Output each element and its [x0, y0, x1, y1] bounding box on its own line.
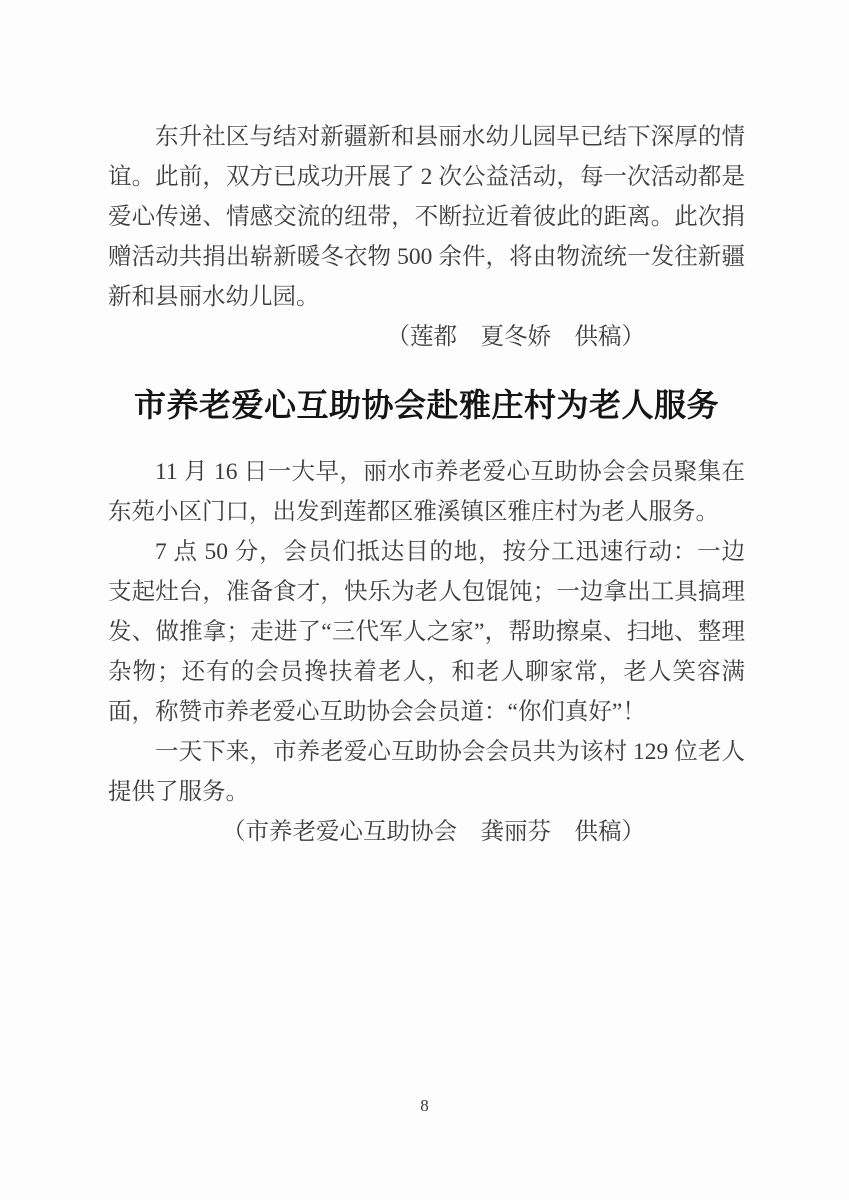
page-content: 东升社区与结对新疆新和县丽水幼儿园早已结下深厚的情谊。此前，双方已成功开展了 2…	[108, 117, 745, 852]
article-paragraph-2: 7 点 50 分，会员们抵达目的地，按分工迅速行动：一边支起灶台，准备食才，快乐…	[108, 532, 745, 732]
previous-article-byline: （莲都 夏冬娇 供稿）	[108, 317, 745, 357]
previous-article-paragraph: 东升社区与结对新疆新和县丽水幼儿园早已结下深厚的情谊。此前，双方已成功开展了 2…	[108, 117, 745, 317]
page-number: 8	[0, 1096, 849, 1116]
article-byline: （市养老爱心互助协会 龚丽芬 供稿）	[108, 812, 745, 852]
document-page: 东升社区与结对新疆新和县丽水幼儿园早已结下深厚的情谊。此前，双方已成功开展了 2…	[0, 0, 849, 1200]
article-paragraph-1: 11 月 16 日一大早，丽水市养老爱心互助协会会员聚集在东苑小区门口，出发到莲…	[108, 452, 745, 532]
article-paragraph-3: 一天下来，市养老爱心互助协会会员共为该村 129 位老人提供了服务。	[108, 732, 745, 812]
article-title: 市养老爱心互助协会赴雅庄村为老人服务	[108, 382, 745, 428]
